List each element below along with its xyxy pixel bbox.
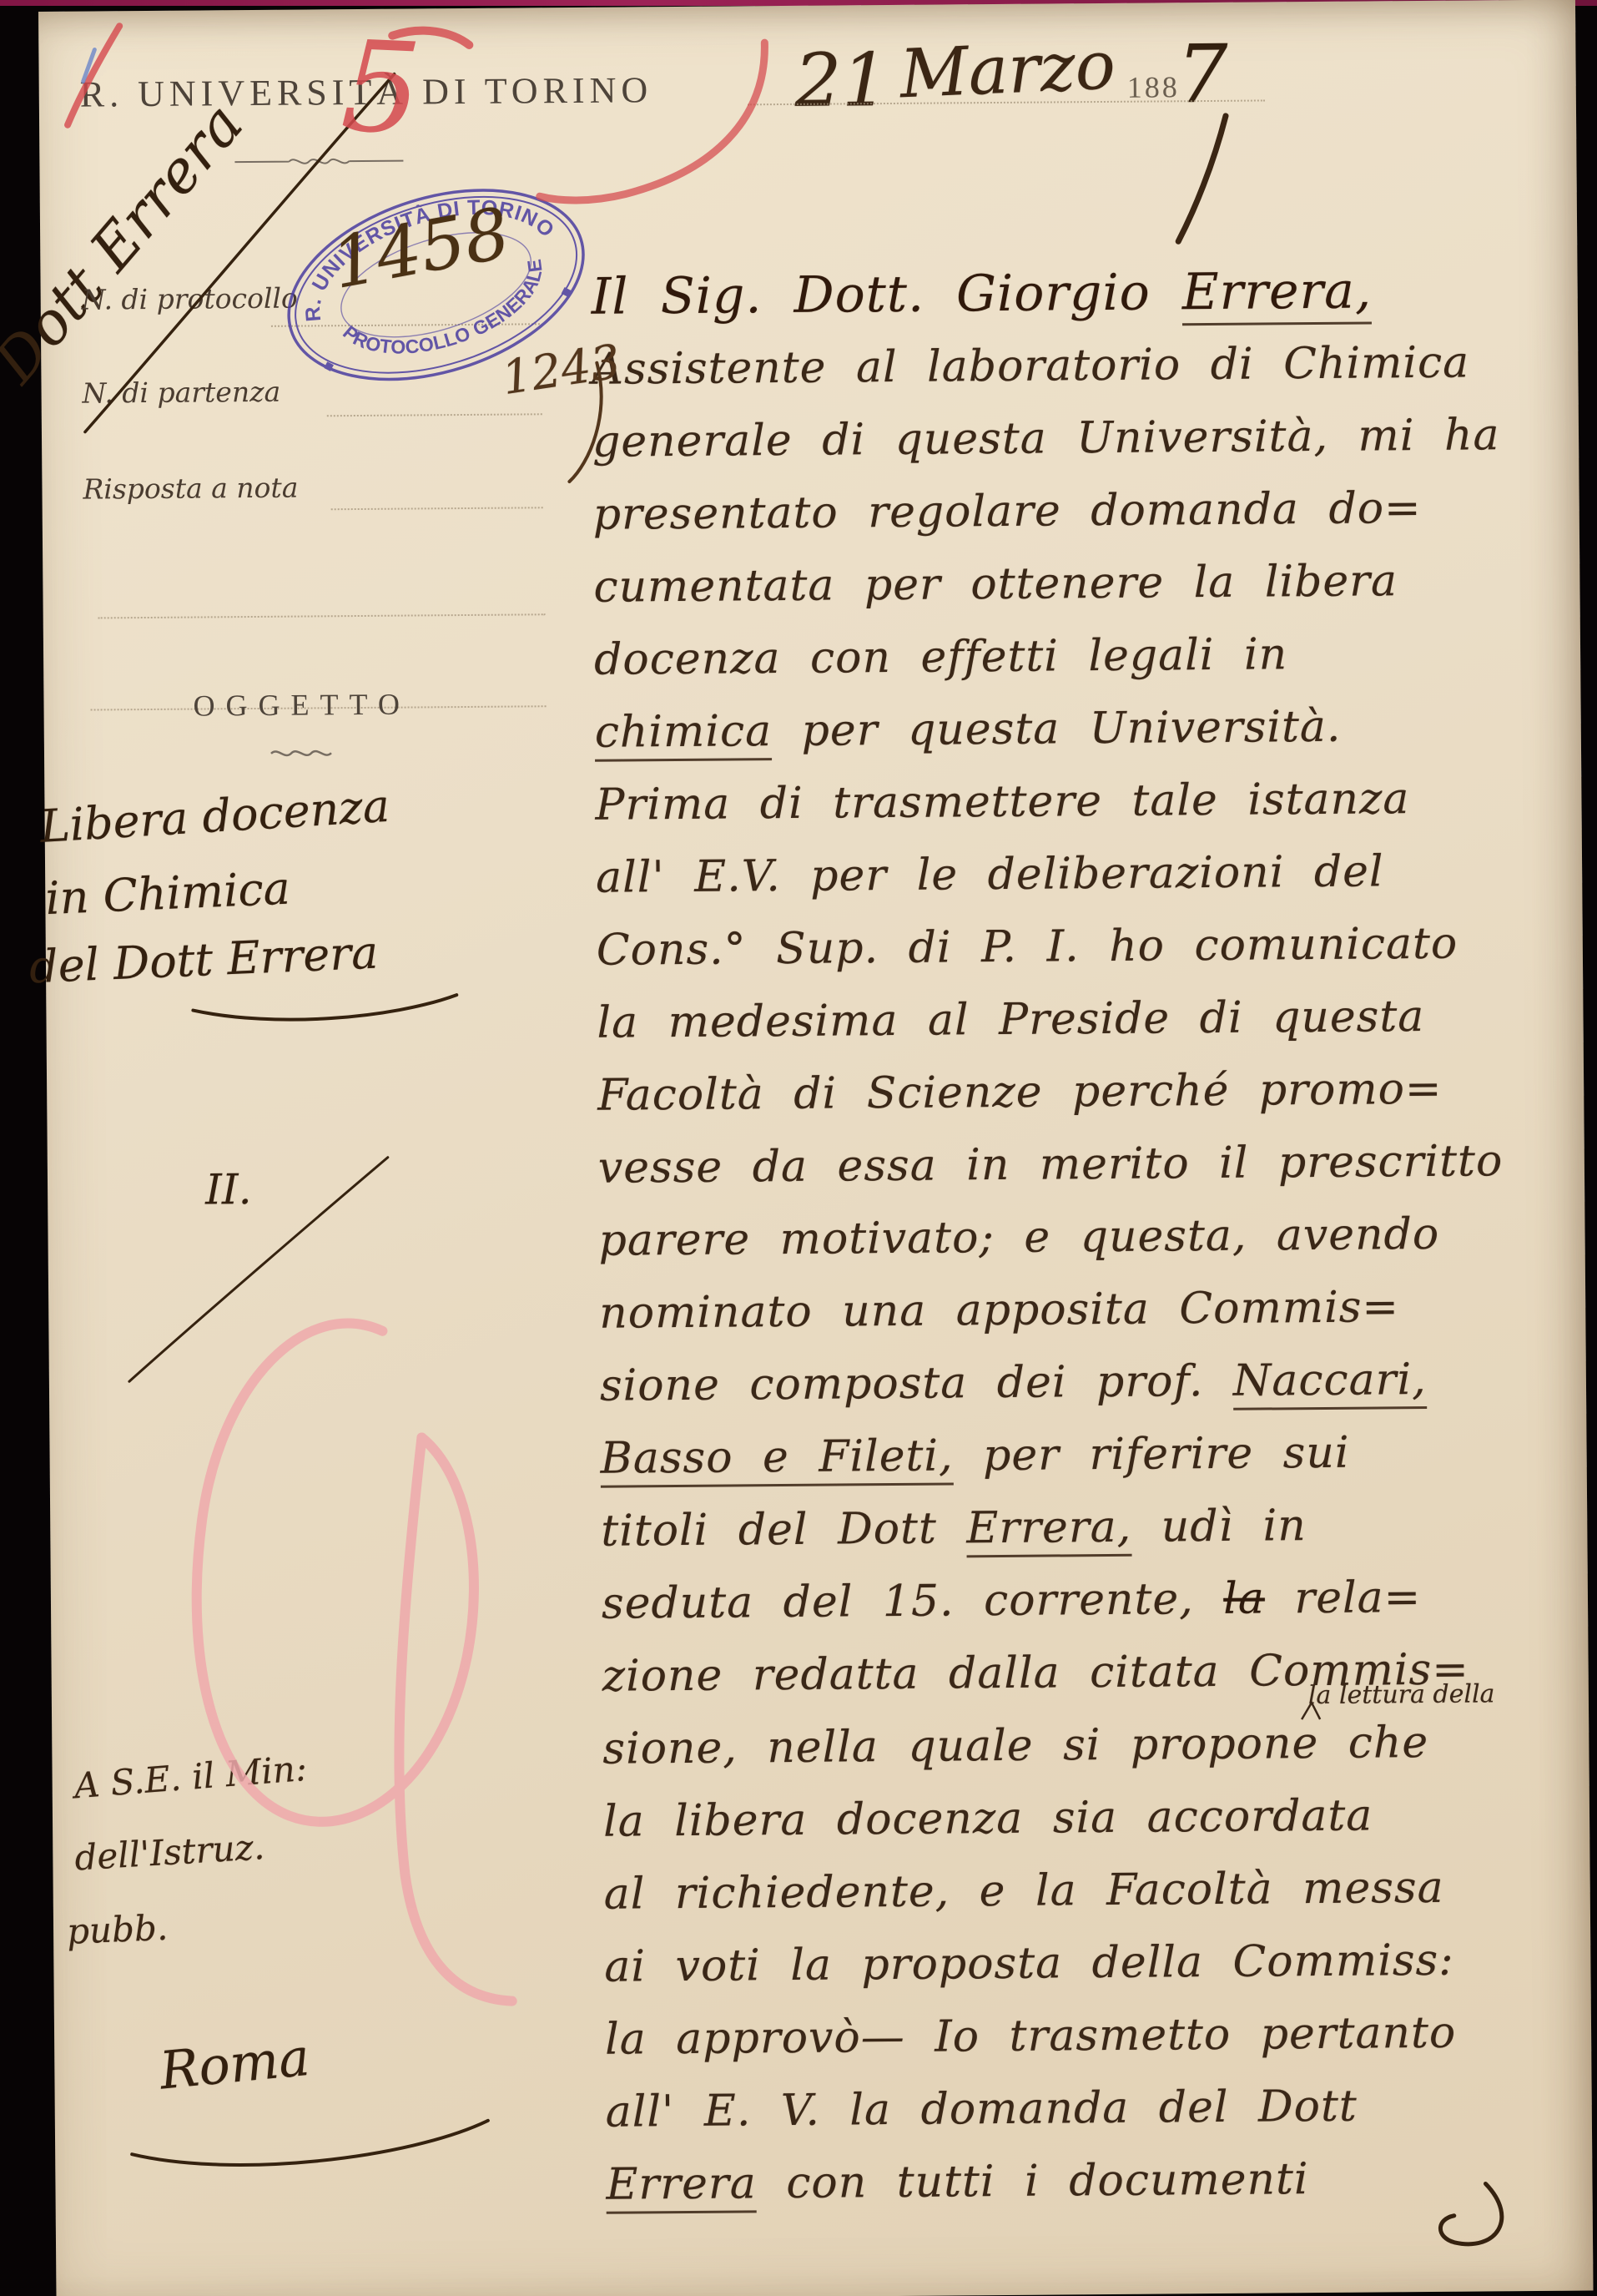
body-line: sione, nella quale si propone che <box>602 1705 1597 1785</box>
body-text: Facoltà di Scienze perché promo= <box>597 1064 1443 1121</box>
address-line-1: A S.E. il Min: <box>73 1748 308 1807</box>
red-paren-flourish <box>538 43 766 200</box>
body-line: Prima di trasmettere tale istanza <box>595 761 1593 841</box>
underlined-word: Naccari, <box>1233 1355 1427 1410</box>
underlined-word: Basso e Fileti, <box>600 1431 953 1487</box>
address-city: Roma <box>157 2026 312 2102</box>
body-line: la medesima al Preside di questa <box>597 979 1594 1059</box>
body-text: titoli del Dott <box>601 1503 967 1556</box>
oggetto-squiggle-icon <box>271 751 331 755</box>
body-line: la libera docenza sia accordata <box>603 1778 1597 1858</box>
body-line: parere motivato; e questa, avendo <box>598 1197 1596 1277</box>
oggetto-line-3-text: del Dott <box>28 932 229 993</box>
body-text: la libera docenza sia accordata <box>603 1791 1373 1847</box>
body-text: sione composta dei prof. <box>600 1356 1233 1411</box>
partenza-rule <box>327 413 542 416</box>
body-text: sione, nella quale si propone che <box>602 1718 1428 1774</box>
body-text: udì in <box>1131 1501 1307 1552</box>
body-line: Facoltà di Scienze perché promo= <box>597 1052 1595 1132</box>
body-line: nominato una apposita Commis= <box>599 1269 1597 1350</box>
oggetto-underline-flourish <box>193 995 456 1020</box>
oggetto-line-1: Libera docenza <box>38 780 391 853</box>
date-month: Marzo <box>899 26 1117 113</box>
protocollo-rule <box>271 323 540 327</box>
protocollo-number: 1458 <box>325 192 516 305</box>
stamp-diamond-right-icon: ◆ <box>558 281 573 300</box>
body-text: generale di questa Università, mi ha <box>592 410 1500 467</box>
red-pencil-grade-mark <box>194 1322 512 2003</box>
body-text: ai voti la proposta della Commiss: <box>604 1935 1454 1992</box>
body-text: all' E.V. per le deliberazioni del <box>596 846 1384 902</box>
letterhead-title: R. UNIVERSITÀ DI TORINO <box>80 68 653 115</box>
oggetto-line-2: in Chimica <box>44 862 291 925</box>
body-line: al richiedente, e la Facoltà messa <box>603 1850 1597 1930</box>
body-line: Cons.° Sup. di P. I. ho comunicato <box>597 906 1594 987</box>
partenza-label: N. di partenza <box>82 376 280 410</box>
body-text: per questa Università. <box>772 702 1342 756</box>
body-line: chimica per questa Università. <box>594 689 1592 769</box>
body-text: Prima di trasmettere tale istanza <box>595 774 1409 830</box>
scanned-letter-photo: R. UNIVERSITÀ DI TORINO Dott Errera 21 M… <box>0 0 1597 2296</box>
body-line: sione composta dei prof. Naccari, <box>600 1342 1597 1422</box>
body-text: la approvò— Io trasmetto pertanto <box>605 2008 1457 2065</box>
body-line: titoli del Dott Errera, udì in <box>601 1487 1597 1567</box>
body-line: vesse da essa in merito il prescritto <box>598 1124 1596 1204</box>
body-line: Assistente al laboratorio di Chimica <box>592 325 1589 406</box>
body-line: generale di questa Università, mi ha <box>592 398 1590 478</box>
oggetto-line-3: del Dott Errera <box>28 926 380 994</box>
risposta-label: Risposta a nota <box>83 472 298 506</box>
date-year-digit: 7 <box>1176 28 1228 121</box>
protocollo-label: N. di protocollo <box>82 282 298 316</box>
body-text: con tutti i documenti <box>757 2154 1309 2208</box>
body-line: ai voti la proposta della Commiss: <box>604 1923 1597 2003</box>
struck-word: la <box>1223 1574 1265 1624</box>
blank-rule-1 <box>98 613 546 618</box>
body-text: nominato una apposita Commis= <box>599 1282 1399 1339</box>
folio-mark: II. <box>205 1165 252 1214</box>
underlined-word: Errera, <box>1182 261 1373 325</box>
address-line-3: pubb. <box>66 1907 169 1952</box>
body-text: presentato regolare domanda do= <box>593 483 1422 540</box>
diagonal-archival-name: Dott Errera <box>0 90 256 396</box>
underlined-word: chimica <box>595 706 773 762</box>
body-line: all' E.V. per le deliberazioni del <box>596 834 1594 914</box>
body-line: docenza con effetti legali in <box>594 616 1592 696</box>
body-line: Errera con tutti i documenti <box>606 2141 1597 2221</box>
underlined-word: Errera, <box>966 1502 1131 1558</box>
address-line-2: dell'Istruz. <box>73 1826 265 1879</box>
oggetto-underlined-name: Errera <box>226 926 380 986</box>
date-day: 21 <box>794 37 889 124</box>
letter-body: Il Sig. Dott. Giorgio Errera,Assistente … <box>591 253 1597 2221</box>
letter-content: R. UNIVERSITÀ DI TORINO Dott Errera 21 M… <box>0 0 1597 2296</box>
interlinear-insertion: la lettura della <box>1308 1679 1495 1710</box>
stamp-diamond-left-icon: ◆ <box>321 356 336 375</box>
body-text: Cons.° Sup. di P. I. ho comunicato <box>597 919 1458 976</box>
body-text: cumentata per ottenere la libera <box>593 556 1398 613</box>
letter-paper: R. UNIVERSITÀ DI TORINO Dott Errera 21 M… <box>38 0 1594 2296</box>
oggetto-label: OGGETTO <box>193 687 411 724</box>
body-text: vesse da essa in merito il prescritto <box>598 1136 1504 1193</box>
body-text: per riferire sui <box>953 1428 1349 1481</box>
underlined-word: Errera <box>606 2158 757 2213</box>
divider-ornament-icon <box>234 159 403 164</box>
body-text: Assistente al laboratorio di Chimica <box>592 338 1469 395</box>
body-text: docenza con effetti legali in <box>594 629 1287 685</box>
body-line: seduta del 15. corrente, la rela= <box>602 1560 1597 1640</box>
body-text: all' E. V. la domanda del Dott <box>606 2082 1358 2137</box>
body-text: al richiedente, e la Facoltà messa <box>604 1863 1444 1920</box>
body-text: rela= <box>1265 1572 1422 1623</box>
body-text: la medesima al Preside di questa <box>597 992 1424 1048</box>
body-line: Il Sig. Dott. Giorgio Errera, <box>591 253 1589 333</box>
red-five-topbar <box>392 30 469 45</box>
body-line: presentato regolare domanda do= <box>592 471 1590 551</box>
body-line: Basso e Fileti, per riferire sui <box>600 1415 1597 1495</box>
body-text: parere motivato; e questa, avendo <box>598 1209 1439 1266</box>
date-seven-tail <box>1177 116 1227 241</box>
body-text: seduta del 15. corrente, <box>602 1574 1224 1629</box>
body-line: cumentata per ottenere la libera <box>593 543 1591 623</box>
roma-underline-flourish <box>132 2121 488 2166</box>
folio-slash <box>128 1158 390 1381</box>
body-text: Il Sig. Dott. Giorgio <box>591 263 1182 326</box>
risposta-rule <box>331 507 543 510</box>
body-line: all' E. V. la domanda del Dott <box>605 2068 1597 2148</box>
body-line: la approvò— Io trasmetto pertanto <box>605 1996 1597 2076</box>
